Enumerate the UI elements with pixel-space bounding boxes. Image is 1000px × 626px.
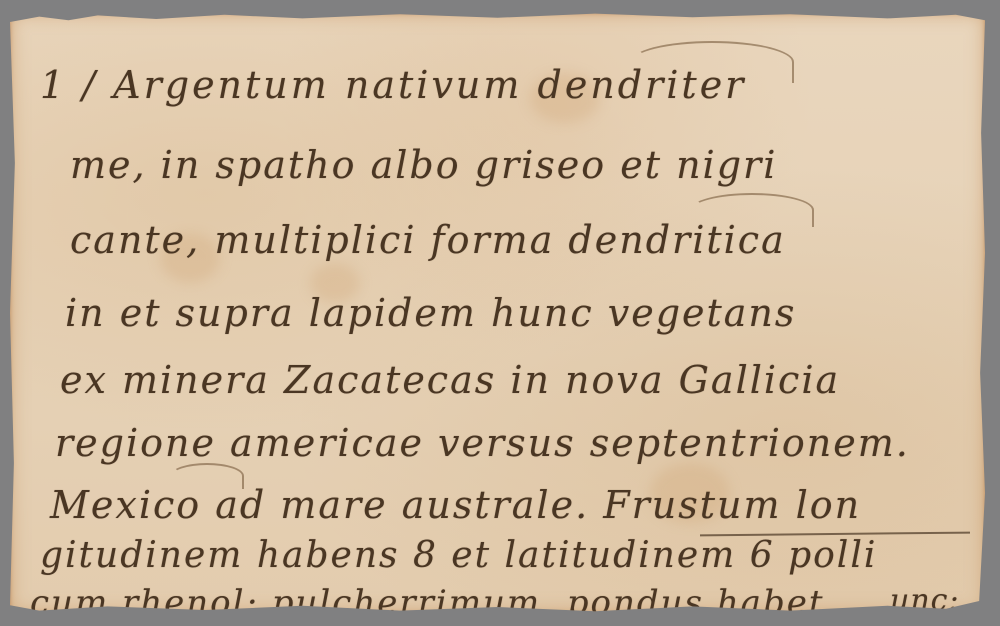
manuscript-line-6: regione americae versus septentrionem. [55, 421, 910, 465]
manuscript-line-4: in et supra lapidem hunc vegetans [65, 291, 796, 335]
manuscript-line-1: 1 / Argentum nativum dendriter [40, 63, 746, 107]
manuscript-line-2: me, in spatho albo griseo et nigri [70, 143, 777, 187]
manuscript-paper: 1 / Argentum nativum dendriter me, in sp… [10, 13, 985, 613]
manuscript-line-3: cante, multiplici forma dendritica [70, 218, 786, 262]
manuscript-line-8: gitudinem habens 8 et latitudinem 6 poll… [40, 535, 877, 576]
manuscript-line-7: Mexico ad mare australe. Frustum lon [50, 483, 861, 527]
manuscript-line-5: ex minera Zacatecas in nova Gallicia [60, 358, 840, 402]
